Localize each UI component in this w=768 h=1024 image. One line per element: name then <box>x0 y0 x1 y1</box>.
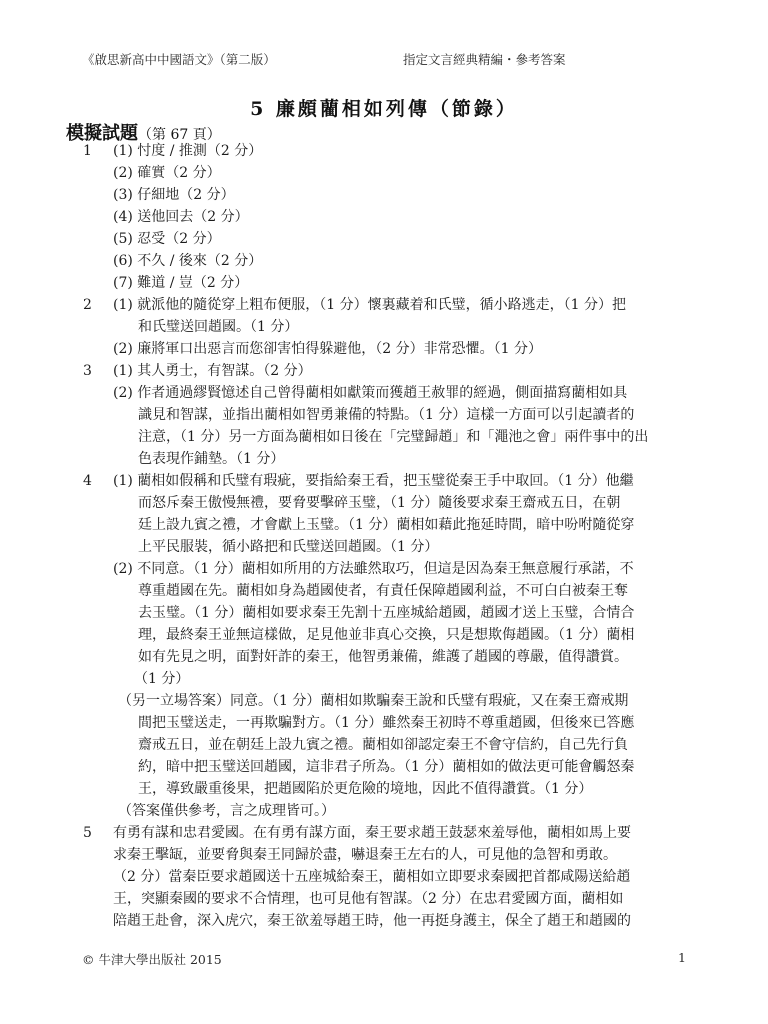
question-number: 2 <box>83 294 92 316</box>
alt-answer-line: 齋戒五日，並在朝廷上設九賓之禮。藺相如卻認定秦王不會守信約，自己先行負 <box>138 734 628 756</box>
answer-line: （1 分） <box>134 668 189 690</box>
answer-line: (7) 難道 / 豈（2 分） <box>113 272 248 294</box>
answer-line: (1) 其人勇士，有智謀。（2 分） <box>113 360 312 382</box>
alt-answer-line: （另一立場答案）同意。（1 分）藺相如欺騙秦王說和氏璧有瑕疵，又在秦王齋戒期 <box>118 690 628 712</box>
answer-line: (2) 確實（2 分） <box>113 162 221 184</box>
header-section-title: 指定文言經典精編・參考答案 <box>403 50 566 68</box>
alt-answer-line: 王，導致嚴重後果，把趙國陷於更危險的境地，因此不值得讚賞。（1 分） <box>138 778 592 800</box>
answer-line: 尊重趙國在先。藺相如身為趙國使者，有責任保障趙國利益，不可白白被秦王奪 <box>138 580 628 602</box>
answer-line: (5) 忍受（2 分） <box>113 228 221 250</box>
answer-line: (2) 不同意。（1 分）藺相如所用的方法雖然取巧，但這是因為秦王無意履行承諾，… <box>113 558 634 580</box>
question-number: 3 <box>83 360 92 382</box>
question-number: 1 <box>83 140 92 162</box>
answer-line: 色表現作鋪墊。（1 分） <box>138 448 284 470</box>
page-title: 5 廉頗藺相如列傳（節錄） <box>0 94 768 121</box>
answer-line: （2 分）當秦臣要求趙國送十五座城給秦王，藺相如立即要求秦國把首都咸陽送給趙 <box>113 866 630 888</box>
answer-note: （答案僅供參考，言之成理皆可。） <box>118 800 335 822</box>
answer-line: 去玉璧。（1 分）藺相如要求秦王先割十五座城給趙國，趙國才送上玉璧，合情合 <box>138 602 634 624</box>
answer-line: (4) 送他回去（2 分） <box>113 206 249 228</box>
answer-line: 注意，（1 分）另一方面為藺相如日後在「完璧歸趙」和「澠池之會」兩件事中的出 <box>138 426 648 448</box>
page-number: 1 <box>678 950 686 965</box>
answer-line: 而怒斥秦王傲慢無禮，要脅要擊碎玉璧，（1 分）隨後要求秦王齋戒五日，在朝 <box>138 492 620 514</box>
footer-copyright: © 牛津大學出版社 2015 <box>82 950 222 968</box>
answer-line: 有勇有謀和忠君愛國。在有勇有謀方面，秦王要求趙王鼓瑟來羞辱他，藺相如馬上要 <box>113 822 631 844</box>
answer-line: 王，突顯秦國的要求不合情理，也可見他有智謀。（2 分）在忠君愛國方面，藺相如 <box>113 888 623 910</box>
alt-answer-line: 間把玉璧送走，一再欺騙對方。（1 分）雖然秦王初時不尊重趙國，但後來已答應 <box>138 712 634 734</box>
answer-line: 陪趙王赴會，深入虎穴，秦王欲羞辱趙王時，他一再挺身護主，保全了趙王和趙國的 <box>113 910 631 932</box>
answer-line: (6) 不久 / 後來（2 分） <box>113 250 262 272</box>
header-book-title: 《啟思新高中中國語文》（第二版） <box>82 50 276 68</box>
answer-line: 和氏璧送回趙國。（1 分） <box>138 316 298 338</box>
answer-line: (1) 忖度 / 推測（2 分） <box>113 140 262 162</box>
answer-line: (2) 作者通過繆賢憶述自己曾得藺相如獻策而獲趙王赦罪的經過，側面描寫藺相如具 <box>113 382 627 404</box>
alt-answer-line: 約，暗中把玉璧送回趙國，這非君子所為。（1 分）藺相如的做法更可能會觸怒秦 <box>138 756 634 778</box>
answer-line: (1) 藺相如假稱和氏璧有瑕疵，要指給秦王看，把玉璧從秦王手中取回。（1 分）他… <box>113 470 634 492</box>
answer-line: (3) 仔細地（2 分） <box>113 184 235 206</box>
answer-line: 上平民服裝，循小路把和氏璧送回趙國。（1 分） <box>138 536 438 558</box>
answer-line: 廷上設九賓之禮，才會獻上玉璧。（1 分）藺相如藉此拖延時間，暗中吩咐隨從穿 <box>138 514 634 536</box>
answer-line: 識見和智謀，並指出藺相如智勇兼備的特點。（1 分）這樣一方面可以引起讀者的 <box>138 404 634 426</box>
answer-line: 理，最終秦王並無這樣做，足見他並非真心交換，只是想欺侮趙國。（1 分）藺相 <box>138 624 634 646</box>
answer-line: 求秦王擊缻，並要脅與秦王同歸於盡，嚇退秦王左右的人，可見他的急智和勇敢。 <box>113 844 617 866</box>
answer-line: 如有先見之明，面對奸詐的秦王，他智勇兼備，維護了趙國的尊嚴，值得讚賞。 <box>138 646 628 668</box>
question-number: 4 <box>83 470 92 492</box>
question-number: 5 <box>83 822 92 844</box>
answer-line: (1) 就派他的隨從穿上粗布便服，（1 分）懷裏藏着和氏璧，循小路逃走，（1 分… <box>113 294 626 316</box>
answer-line: (2) 廉將軍口出惡言而您卻害怕得躲避他，（2 分）非常恐懼。（1 分） <box>113 338 542 360</box>
